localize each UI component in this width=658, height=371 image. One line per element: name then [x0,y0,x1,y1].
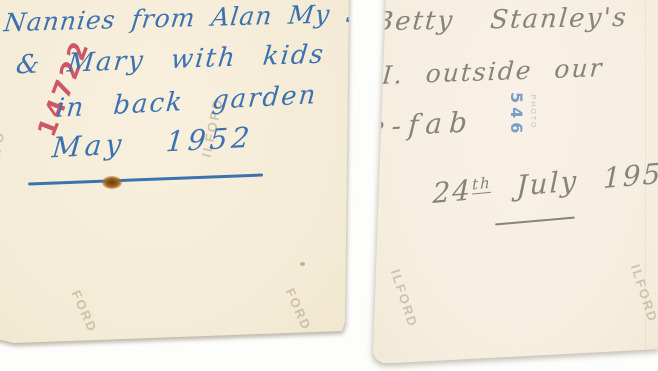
caption-line-2: I. outside our [381,54,604,89]
ilford-watermark: FORD [68,288,100,335]
caption-date: May 1952 [51,123,255,165]
caption-line-3: e-fab [367,107,474,143]
caption-line-1: Betty Stanley's [373,4,629,37]
scanned-photo-backs: ILFORD FORD FORD ILFO 14722 Nannies from… [0,0,658,371]
left-photo-back: ILFORD FORD FORD ILFO 14722 Nannies from… [0,0,352,348]
date-month-year: July 1954 [516,155,658,203]
photographer-stamp-text: PHOTO [524,92,540,132]
date-day: 24 [432,173,472,210]
caption-line-3: in back garden [55,81,319,123]
ilford-watermark: ILFORD [628,262,658,324]
caption-line-1: Nannies from Alan My Self [2,0,400,37]
caption-date: 24th July 1954 [432,157,658,210]
date-ordinal: th [472,173,492,194]
pencil-underline [495,217,575,226]
ink-stain [102,176,122,189]
right-photo-paper: ILFORD ILFORD 546 PHOTO Betty Stanley's … [366,0,658,371]
left-photo-paper: ILFORD FORD FORD ILFO 14722 Nannies from… [0,0,352,348]
ilford-watermark: ILFORD [388,267,421,329]
ink-underline [28,173,263,185]
ilford-watermark: ILFO [0,130,7,170]
caption-line-2: & Mary with kids [15,41,327,81]
right-photo-back: ILFORD ILFORD 546 PHOTO Betty Stanley's … [366,0,658,371]
ilford-watermark: FORD [282,286,314,333]
paper-speck [300,262,305,266]
